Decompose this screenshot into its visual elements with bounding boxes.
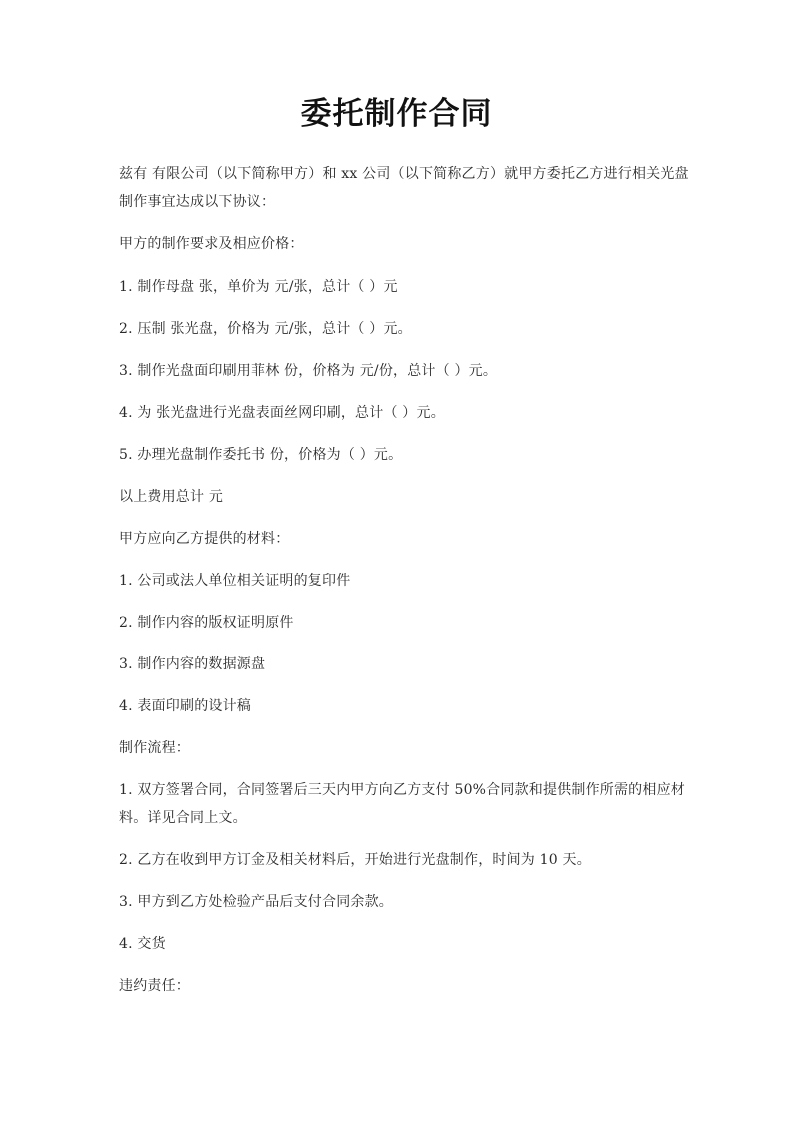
document-title: 委托制作合同 bbox=[0, 92, 793, 136]
requirement-item: 4. 为 张光盘进行光盘表面丝网印刷，总计（ ）元。 bbox=[119, 399, 689, 427]
material-item: 1. 公司或法人单位相关证明的复印件 bbox=[119, 567, 689, 595]
process-item: 4. 交货 bbox=[119, 930, 689, 958]
process-item: 1. 双方签署合同，合同签署后三天内甲方向乙方支付 50%合同款和提供制作所需的… bbox=[119, 776, 689, 832]
liability-heading: 违约责任： bbox=[119, 972, 689, 1000]
material-item: 3. 制作内容的数据源盘 bbox=[119, 650, 689, 678]
process-item: 2. 乙方在收到甲方订金及相关材料后，开始进行光盘制作，时间为 10 天。 bbox=[119, 846, 689, 874]
requirements-heading: 甲方的制作要求及相应价格： bbox=[119, 230, 689, 258]
process-item: 3. 甲方到乙方处检验产品后支付合同余款。 bbox=[119, 888, 689, 916]
process-heading: 制作流程： bbox=[119, 734, 689, 762]
material-item: 2. 制作内容的版权证明原件 bbox=[119, 609, 689, 637]
material-item: 4. 表面印刷的设计稿 bbox=[119, 692, 689, 720]
document-page: 委托制作合同 兹有 有限公司（以下简称甲方）和 xx 公司（以下简称乙方）就甲方… bbox=[0, 0, 793, 1122]
requirement-item: 3. 制作光盘面印刷用菲林 份，价格为 元/份，总计（ ）元。 bbox=[119, 357, 689, 385]
requirement-item: 1. 制作母盘 张，单价为 元/张，总计（ ）元 bbox=[119, 273, 689, 301]
materials-heading: 甲方应向乙方提供的材料： bbox=[119, 525, 689, 553]
requirement-item: 2. 压制 张光盘，价格为 元/张，总计（ ）元。 bbox=[119, 315, 689, 343]
intro-paragraph: 兹有 有限公司（以下简称甲方）和 xx 公司（以下简称乙方）就甲方委托乙方进行相… bbox=[119, 160, 689, 216]
requirements-total: 以上费用总计 元 bbox=[119, 483, 689, 511]
requirement-item: 5. 办理光盘制作委托书 份，价格为（ ）元。 bbox=[119, 441, 689, 469]
